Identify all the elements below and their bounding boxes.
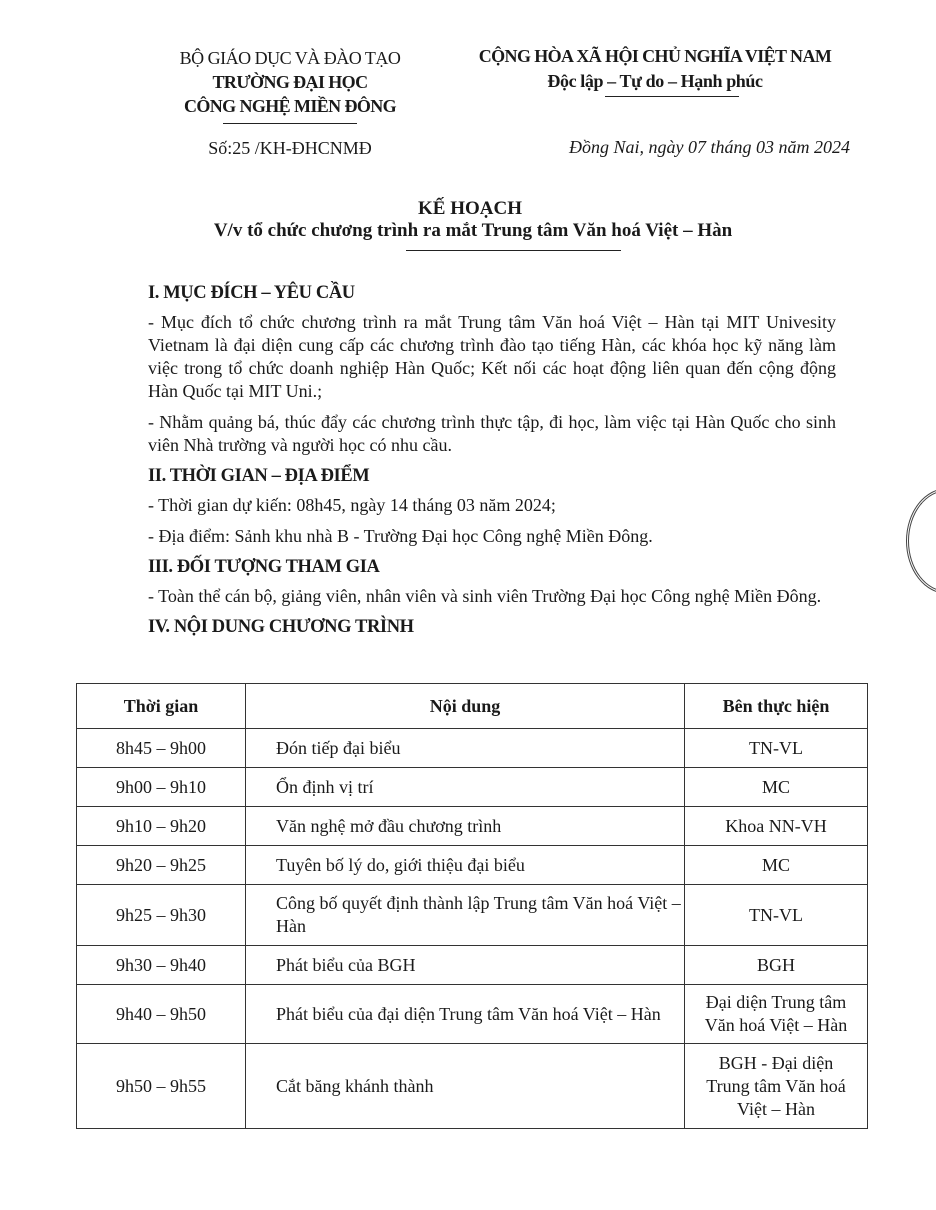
program-schedule-table: Thời gian Nội dung Bên thực hiện 8h45 – …: [76, 683, 868, 1129]
document-number: Số:25 /KH-ĐHCNMĐ: [140, 138, 440, 159]
paragraph: - Mục đích tổ chức chương trình ra mắt T…: [148, 311, 836, 403]
section-heading-program: IV. NỘI DUNG CHƯƠNG TRÌNH: [148, 616, 836, 639]
cell-responsible: MC: [685, 768, 868, 807]
table-header-row: Thời gian Nội dung Bên thực hiện: [77, 684, 868, 729]
cell-content: Ổn định vị trí: [246, 768, 685, 807]
paragraph: - Thời gian dự kiến: 08h45, ngày 14 thán…: [148, 494, 836, 517]
column-header-content: Nội dung: [246, 684, 685, 729]
document-title: KẾ HOẠCH: [140, 196, 800, 221]
subtitle-underline: [406, 250, 621, 251]
ministry-name: BỘ GIÁO DỤC VÀ ĐÀO TẠO: [140, 46, 440, 70]
column-header-time: Thời gian: [77, 684, 246, 729]
official-seal-edge: [906, 488, 936, 594]
cell-content: Phát biểu của BGH: [246, 946, 685, 985]
cell-time: 8h45 – 9h00: [77, 729, 246, 768]
cell-time: 9h40 – 9h50: [77, 985, 246, 1044]
cell-content: Đón tiếp đại biểu: [246, 729, 685, 768]
cell-responsible: BGH: [685, 946, 868, 985]
table-row: 9h10 – 9h20Văn nghệ mở đầu chương trìnhK…: [77, 807, 868, 846]
cell-responsible: Khoa NN-VH: [685, 807, 868, 846]
cell-time: 9h25 – 9h30: [77, 885, 246, 946]
table-row: 9h30 – 9h40Phát biểu của BGHBGH: [77, 946, 868, 985]
table-row: 9h50 – 9h55Cắt băng khánh thànhBGH - Đại…: [77, 1044, 868, 1129]
school-name-line2: CÔNG NGHỆ MIỀN ĐÔNG: [140, 94, 440, 118]
document-subtitle: V/v tổ chức chương trình ra mắt Trung tâ…: [140, 220, 806, 242]
paragraph: - Nhằm quảng bá, thúc đẩy các chương trì…: [148, 411, 836, 457]
table-row: 8h45 – 9h00Đón tiếp đại biểuTN-VL: [77, 729, 868, 768]
column-header-responsible: Bên thực hiện: [685, 684, 868, 729]
cell-responsible: TN-VL: [685, 885, 868, 946]
cell-responsible: MC: [685, 846, 868, 885]
cell-content: Cắt băng khánh thành: [246, 1044, 685, 1129]
table-row: 9h25 – 9h30Công bố quyết định thành lập …: [77, 885, 868, 946]
cell-responsible: TN-VL: [685, 729, 868, 768]
section-heading-participants: III. ĐỐI TƯỢNG THAM GIA: [148, 556, 836, 579]
paragraph: - Địa điểm: Sảnh khu nhà B - Trường Đại …: [148, 525, 836, 548]
cell-responsible: Đại diện Trung tâm Văn hoá Việt – Hàn: [685, 985, 868, 1044]
cell-content: Phát biểu của đại diện Trung tâm Văn hoá…: [246, 985, 685, 1044]
cell-time: 9h00 – 9h10: [77, 768, 246, 807]
place-date: Đồng Nai, ngày 07 tháng 03 năm 2024: [470, 137, 850, 158]
national-motto: Độc lập – Tự do – Hạnh phúc: [455, 69, 855, 94]
cell-content: Tuyên bố lý do, giới thiệu đại biểu: [246, 846, 685, 885]
section-heading-purpose: I. MỤC ĐÍCH – YÊU CẦU: [148, 282, 836, 305]
issuer-underline: [223, 123, 357, 124]
table-row: 9h20 – 9h25Tuyên bố lý do, giới thiệu đạ…: [77, 846, 868, 885]
paragraph: - Toàn thể cán bộ, giảng viên, nhân viên…: [148, 585, 836, 608]
cell-time: 9h10 – 9h20: [77, 807, 246, 846]
cell-content: Công bố quyết định thành lập Trung tâm V…: [246, 885, 685, 946]
cell-time: 9h50 – 9h55: [77, 1044, 246, 1129]
document-body: I. MỤC ĐÍCH – YÊU CẦU - Mục đích tổ chức…: [148, 282, 836, 645]
cell-content: Văn nghệ mở đầu chương trình: [246, 807, 685, 846]
school-name-line1: TRƯỜNG ĐẠI HỌC: [140, 70, 440, 94]
table-row: 9h00 – 9h10Ổn định vị tríMC: [77, 768, 868, 807]
cell-responsible: BGH - Đại diện Trung tâm Văn hoá Việt – …: [685, 1044, 868, 1129]
table-row: 9h40 – 9h50Phát biểu của đại diện Trung …: [77, 985, 868, 1044]
cell-time: 9h30 – 9h40: [77, 946, 246, 985]
cell-time: 9h20 – 9h25: [77, 846, 246, 885]
motto-underline: [605, 96, 739, 97]
country-name: CỘNG HÒA XÃ HỘI CHỦ NGHĨA VIỆT NAM: [455, 44, 855, 69]
national-header: CỘNG HÒA XÃ HỘI CHỦ NGHĨA VIỆT NAM Độc l…: [455, 44, 855, 97]
section-heading-time-place: II. THỜI GIAN – ĐỊA ĐIỂM: [148, 465, 836, 488]
issuer-block: BỘ GIÁO DỤC VÀ ĐÀO TẠO TRƯỜNG ĐẠI HỌC CÔ…: [140, 46, 440, 124]
